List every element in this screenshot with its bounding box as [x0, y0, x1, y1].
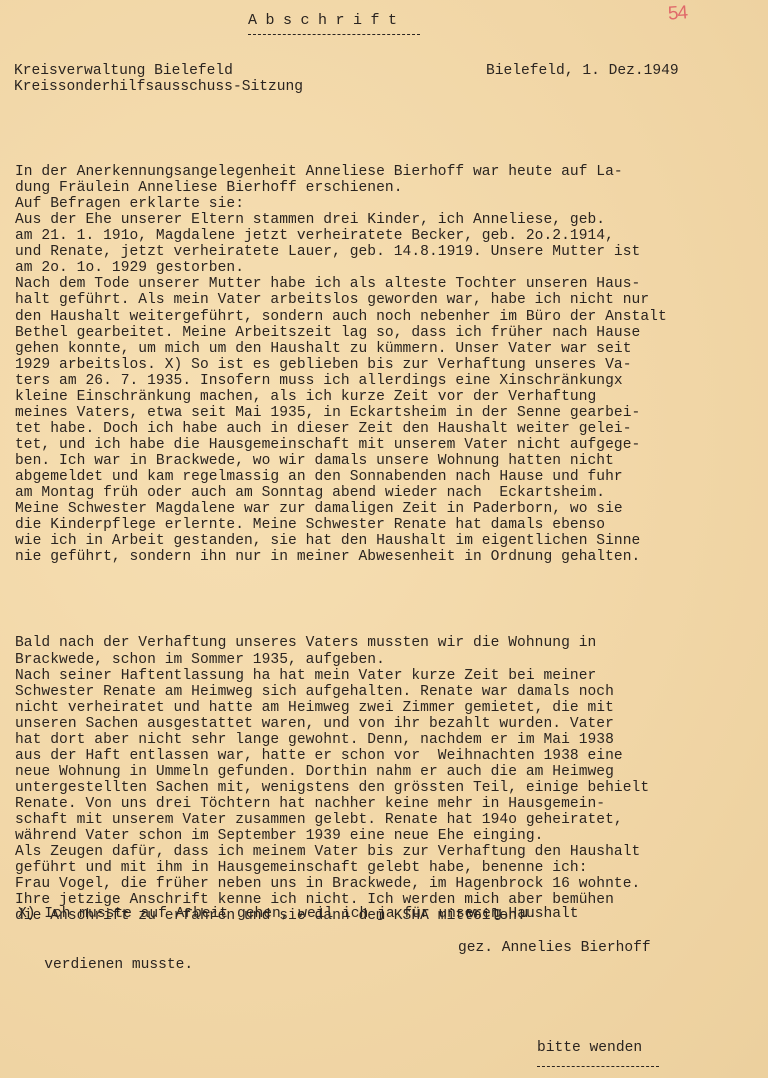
text-line: nie geführt, sondern ihn nur in meiner A…	[15, 549, 667, 565]
text-line: Aus der Ehe unserer Eltern stammen drei …	[15, 212, 667, 228]
text-line: gehen konnte, um mich um den Haushalt zu…	[15, 341, 667, 357]
text-line: am 21. 1. 191o, Magdalene jetzt verheira…	[15, 228, 667, 244]
text-line: nicht verheiratet und hatte am Heimweg z…	[15, 700, 667, 716]
text-line: Als Zeugen dafür, dass ich meinem Vater …	[15, 844, 667, 860]
text-line: Renate. Von uns drei Töchtern hat nachhe…	[15, 796, 667, 812]
sender-authority: Kreisverwaltung Bielefeld	[14, 63, 233, 79]
text-line: kleine Einschränkung machen, als ich kur…	[15, 389, 667, 405]
page-turn-note: bitte wenden	[537, 1040, 642, 1056]
title-underline	[248, 34, 420, 35]
text-line: ters am 26. 7. 1935. Insofern muss ich a…	[15, 373, 667, 389]
text-line: meines Vaters, etwa seit Mai 1935, in Ec…	[15, 405, 667, 421]
text-line: unseren Sachen ausgestattet waren, und v…	[15, 716, 667, 732]
text-line: Auf Befragen erklarte sie:	[15, 196, 667, 212]
text-line: neue Wohnung in Ummeln gefunden. Dorthin…	[15, 764, 667, 780]
text-line: Bald nach der Verhaftung unseres Vaters …	[15, 635, 667, 651]
text-line: ben. Ich war in Brackwede, wo wir damals…	[15, 453, 667, 469]
text-line: tet, und ich habe die Hausgemeinschaft m…	[15, 437, 667, 453]
text-line: Nach dem Tode unserer Mutter habe ich al…	[15, 276, 667, 292]
text-line: untergestellten Sachen mit, wenigstens d…	[15, 780, 667, 796]
text-line: am 2o. 1o. 1929 gestorben.	[15, 260, 667, 276]
text-line: und Renate, jetzt verheiratete Lauer, ge…	[15, 244, 667, 260]
text-line: In der Anerkennungsangelegenheit Annelie…	[15, 164, 667, 180]
text-line: am Montag früh oder auch am Sonntag aben…	[15, 485, 667, 501]
statement-paragraph-1: In der Anerkennungsangelegenheit Annelie…	[15, 164, 667, 565]
text-line: halt geführt. Als mein Vater arbeitslos …	[15, 292, 667, 308]
closing-vgu: v. g. u.	[467, 906, 537, 922]
text-line: Meine Schwester Magdalene war zur damali…	[15, 501, 667, 517]
text-line: Schwester Renate am Heimweg sich aufgeha…	[15, 684, 667, 700]
text-line: wie ich in Arbeit gestanden, sie hat den…	[15, 533, 667, 549]
text-line: Brackwede, schon im Sommer 1935, aufgebe…	[15, 652, 667, 668]
text-line: abgemeldet und kam regelmassig an den So…	[15, 469, 667, 485]
archive-page-number: 54	[667, 2, 688, 25]
text-line: tet habe. Doch ich habe auch in dieser Z…	[15, 421, 667, 437]
statement-body: In der Anerkennungsangelegenheit Annelie…	[15, 132, 667, 956]
text-line: hat dort aber nicht sehr lange gewohnt. …	[15, 732, 667, 748]
document-title: Abschrift	[248, 12, 406, 29]
text-line: den Haushalt weitergeführt, sondern auch…	[15, 309, 667, 325]
page-turn-underline	[537, 1066, 659, 1067]
text-line: während Vater schon im September 1939 ei…	[15, 828, 667, 844]
text-line: aus der Haft entlassen war, hatte er sch…	[15, 748, 667, 764]
text-line: Nach seiner Haftentlassung ha hat mein V…	[15, 668, 667, 684]
footnote-line: verdienen musste.	[18, 957, 579, 974]
place-date: Bielefeld, 1. Dez.1949	[486, 63, 679, 79]
text-line: 1929 arbeitslos. X) So ist es geblieben …	[15, 357, 667, 373]
text-line: die Kinderpflege erlernte. Meine Schwest…	[15, 517, 667, 533]
document-page: 54 Abschrift Kreisverwaltung Bielefeld K…	[0, 0, 768, 1078]
text-line: dung Fräulein Anneliese Bierhoff erschie…	[15, 180, 667, 196]
text-line: schaft mit unserem Vater zusammen gelebt…	[15, 812, 667, 828]
sender-committee: Kreissonderhilfsausschuss-Sitzung	[14, 79, 303, 95]
signature: gez. Annelies Bierhoff	[458, 940, 651, 956]
text-line: Bethel gearbeitet. Meine Arbeitszeit lag…	[15, 325, 667, 341]
